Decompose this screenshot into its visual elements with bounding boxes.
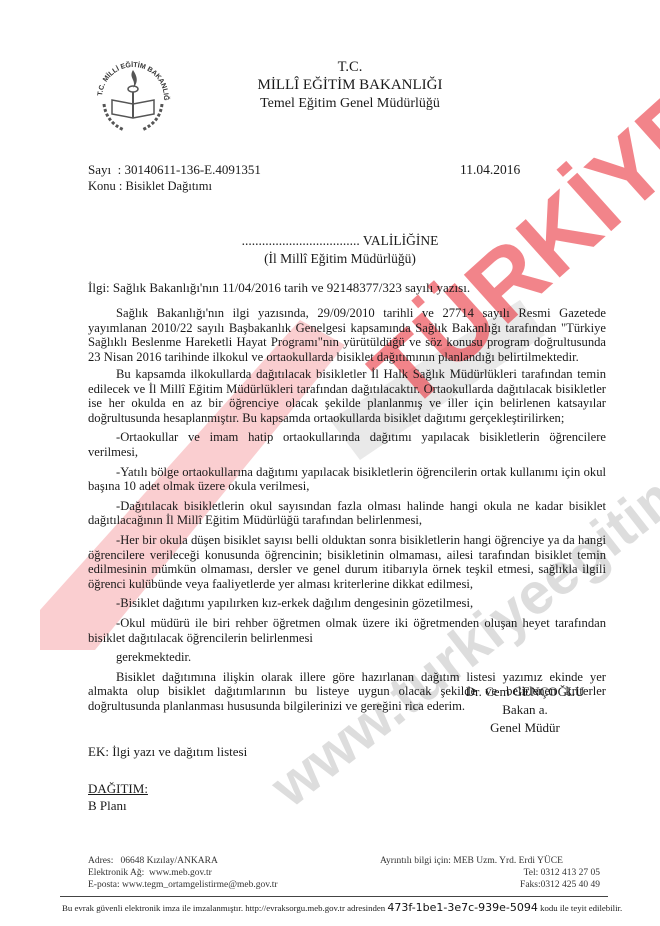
paragraph-text: Sağlık Bakanlığı'nın ilgi yazısında, 29/… — [88, 306, 606, 364]
reference-line: İlgi: Sağlık Bakanlığı'nın 11/04/2016 ta… — [88, 279, 470, 296]
meb-logo: T.C. MİLLİ EĞİTİM BAKANLIĞI — [92, 52, 174, 134]
criteria-item: -Bisiklet dağıtımı yapılırken kız-erkek … — [88, 596, 606, 611]
body-main: Bu kapsamda ilkokullarda dağıtılacak bis… — [88, 367, 606, 713]
criteria-item: -Dağıtılacak bisikletlerin okul sayısınd… — [88, 499, 606, 528]
attachment-note: EK: İlgi yazı ve dağıtım listesi — [88, 744, 247, 760]
addressee-subline: (İl Millî Eğitim Müdürlüğü) — [140, 250, 540, 267]
criteria-item: -Ortaokullar ve imam hatip ortaokulların… — [88, 430, 606, 459]
paragraph-text: Bu kapsamda ilkokullarda dağıtılacak bis… — [88, 367, 606, 425]
document-date: 11.04.2016 — [460, 161, 520, 178]
criteria-item: -Yatılı bölge ortaokullarına dağıtımı ya… — [88, 465, 606, 494]
header-directorate: Temel Eğitim Genel Müdürlüğü — [200, 95, 500, 113]
footer-fax: Faks:0312 425 40 49 — [380, 879, 600, 892]
distribution-value: B Planı — [88, 798, 127, 814]
svg-text:T.C. MİLLİ EĞİTİM BAKANLIĞI: T.C. MİLLİ EĞİTİM BAKANLIĞI — [92, 52, 171, 101]
document-subject: Konu : Bisiklet Dağıtımı — [88, 178, 212, 195]
verification-prefix: Bu evrak güvenli elektronik imza ile imz… — [62, 903, 385, 913]
header-ministry: MİLLÎ EĞİTİM BAKANLIĞI — [200, 76, 500, 94]
footer-divider — [60, 896, 608, 897]
verification-line: Bu evrak güvenli elektronik imza ile imz… — [62, 901, 622, 915]
criteria-item: -Her bir okula düşen bisiklet sayısı bel… — [88, 533, 606, 591]
footer-email[interactable]: E-posta: www.tegm_ortamgelistirme@meb.go… — [88, 879, 278, 892]
criteria-item: -Okul müdürü ile biri rehber öğretmen ol… — [88, 616, 606, 645]
conclusion-word: gerekmektedir. — [88, 650, 606, 665]
verification-code: 473f-1be1-3e7c-939e-5094 — [387, 901, 537, 914]
signatory-title: Bakan a. — [440, 701, 610, 719]
signatory-name: Dr. Cem GENÇOĞLU — [440, 683, 610, 701]
signatory-position: Genel Müdür — [440, 719, 610, 737]
document-number: Sayı : 30140611-136-E.4091351 — [88, 161, 261, 178]
addressee-line: ................................... VALİ… — [140, 232, 540, 249]
verification-suffix: kodu ile teyit edilebilir. — [540, 903, 622, 913]
header-tc: T.C. — [200, 58, 500, 76]
body-paragraph-1: Sağlık Bakanlığı'nın ilgi yazısında, 29/… — [88, 306, 606, 364]
distribution-label: DAĞITIM: — [88, 781, 148, 797]
